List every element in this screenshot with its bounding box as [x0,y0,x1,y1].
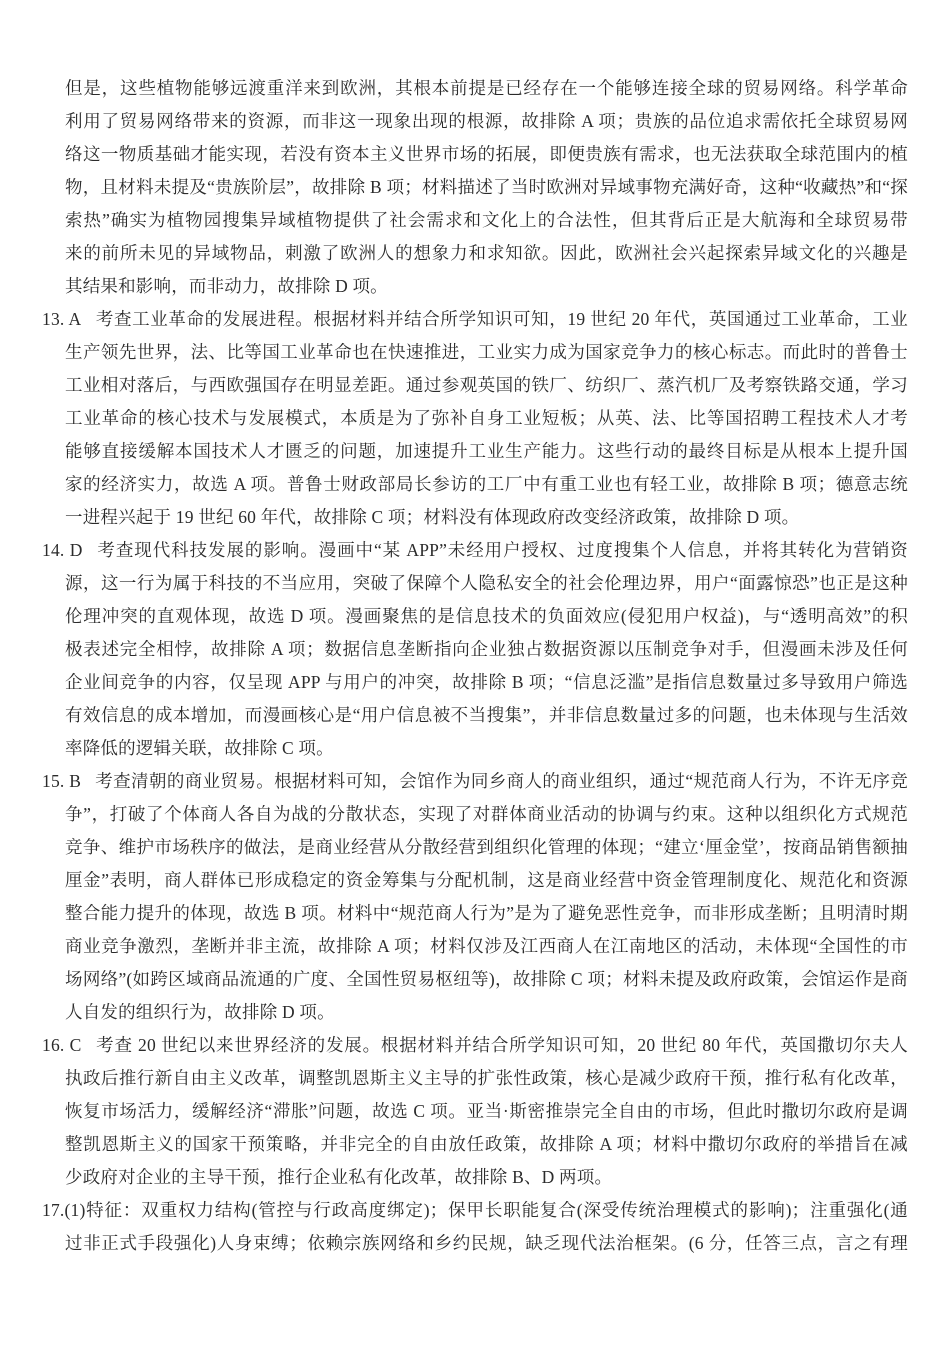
text-line: 13. A考查工业革命的发展进程。根据材料并结合所学知识可知，19 世纪 20 … [42,303,908,336]
text-line: 15. B考查清朝的商业贸易。根据材料可知，会馆作为同乡商人的商业组织，通过“规… [42,765,908,798]
text-line: 人自发的组织行为，故排除 D 项。 [65,996,908,1029]
document-page: 但是，这些植物能够远渡重洋来到欧洲，其根本前提是已经存在一个能够连接全球的贸易网… [0,0,950,1350]
text-line: 能够直接缓解本国技术人才匮乏的问题，加速提升工业生产能力。这些行动的最终目标是从… [65,435,908,468]
text-line: 争”，打破了个体商人各自为战的分散状态，实现了对群体商业活动的协调与约束。这种以… [65,798,908,831]
item-number: 15. B [42,771,81,791]
text-line: 物，且材料未提及“贵族阶层”，故排除 B 项；材料描述了当时欧洲对异域事物充满好… [65,171,908,204]
text-line: 但是，这些植物能够远渡重洋来到欧洲，其根本前提是已经存在一个能够连接全球的贸易网… [65,72,908,105]
text-line: 场网络”(如跨区域商品流通的广度、全国性贸易枢纽等)，故排除 C 项；材料未提及… [65,963,908,996]
text-line: 17.(1)特征：双重权力结构(管控与行政高度绑定)；保甲长职能复合(深受传统治… [42,1194,908,1227]
text-line: 伦理冲突的直观体现，故选 D 项。漫画聚焦的是信息技术的负面效应(侵犯用户权益)… [65,600,908,633]
text-line: 家的经济实力，故选 A 项。普鲁士财政部局长参访的工厂中有重工业也有轻工业，故排… [65,468,908,501]
text-line: 恢复市场活力，缓解经济“滞胀”问题，故选 C 项。亚当·斯密推崇完全自由的市场，… [65,1095,908,1128]
answer-item-14: 14. D考查现代科技发展的影响。漫画中“某 APP”未经用户授权、过度搜集个人… [42,534,908,765]
text-line: 厘金”表明，商人群体已形成稳定的资金筹集与分配机制，这是商业经营中资金管理制度化… [65,864,908,897]
line-text: 考查 20 世纪以来世界经济的发展。根据材料并结合所学知识可知，20 世纪 80… [96,1035,908,1055]
text-line: 整合能力提升的体现，故选 B 项。材料中“规范商人行为”是为了避免恶性竞争，而非… [65,897,908,930]
item-number: 13. A [42,309,81,329]
text-line: 一进程兴起于 19 世纪 60 年代，故排除 C 项；材料没有体现政府改变经济政… [65,501,908,534]
text-line: 极表述完全相悖，故排除 A 项；数据信息垄断指向企业独占数据资源以压制竞争对手，… [65,633,908,666]
text-line: 过非正式手段强化)人身束缚；依赖宗族网络和乡约民规，缺乏现代法治框架。(6 分，… [65,1227,908,1260]
text-line: 来的前所未见的异域物品，刺激了欧洲人的想象力和求知欲。因此，欧洲社会兴起探索异域… [65,237,908,270]
answer-item-17: 17.(1)特征：双重权力结构(管控与行政高度绑定)；保甲长职能复合(深受传统治… [42,1194,908,1260]
item-number: 16. C [42,1035,82,1055]
text-line: 企业间竞争的内容，仅呈现 APP 与用户的冲突，故排除 B 项；“信息泛滥”是指… [65,666,908,699]
item-number: 17. [42,1200,64,1220]
text-line: 利用了贸易网络带来的资源，而非这一现象出现的根源，故排除 A 项；贵族的品位追求… [65,105,908,138]
text-line: 工业相对落后，与西欧强国存在明显差距。通过参观英国的铁厂、纺织厂、蒸汽机厂及考察… [65,369,908,402]
text-line: 生产领先世界，法、比等国工业革命也在快速推进，工业实力成为国家竞争力的核心标志。… [65,336,908,369]
text-line: 执政后推行新自由主义改革，调整凯恩斯主义主导的扩张性政策，核心是减少政府干预，推… [65,1062,908,1095]
item-number: 14. D [42,540,83,560]
text-line: 16. C考查 20 世纪以来世界经济的发展。根据材料并结合所学知识可知，20 … [42,1029,908,1062]
line-text: (1)特征：双重权力结构(管控与行政高度绑定)；保甲长职能复合(深受传统治理模式… [64,1200,908,1220]
text-line: 竞争、维护市场秩序的做法，是商业经营从分散经营到组织化管理的体现；“建立‘厘金堂… [65,831,908,864]
line-text: 考查清朝的商业贸易。根据材料可知，会馆作为同乡商人的商业组织，通过“规范商人行为… [95,771,908,791]
text-line: 索热”确实为植物园搜集异域植物提供了社会需求和文化上的合法性，但其背后正是大航海… [65,204,908,237]
text-line: 整凯恩斯主义的国家干预策略，并非完全的自由放任政策，故排除 A 项；材料中撒切尔… [65,1128,908,1161]
text-line: 14. D考查现代科技发展的影响。漫画中“某 APP”未经用户授权、过度搜集个人… [42,534,908,567]
text-line: 率降低的逻辑关联，故排除 C 项。 [65,732,908,765]
answer-item-16: 16. C考查 20 世纪以来世界经济的发展。根据材料并结合所学知识可知，20 … [42,1029,908,1194]
answer-item-13: 13. A考查工业革命的发展进程。根据材料并结合所学知识可知，19 世纪 20 … [42,303,908,534]
text-line: 工业革命的核心技术与发展模式，本质是为了弥补自身工业短板；从英、法、比等国招聘工… [65,402,908,435]
text-line: 其结果和影响，而非动力，故排除 D 项。 [65,270,908,303]
text-line: 源，这一行为属于科技的不当应用，突破了保障个人隐私安全的社会伦理边界，用户“面露… [65,567,908,600]
text-line: 络这一物质基础才能实现，若没有资本主义世界市场的拓展，即便贵族有需求，也无法获取… [65,138,908,171]
answer-12-explanation-continued: 但是，这些植物能够远渡重洋来到欧洲，其根本前提是已经存在一个能够连接全球的贸易网… [42,72,908,303]
answer-item-15: 15. B考查清朝的商业贸易。根据材料可知，会馆作为同乡商人的商业组织，通过“规… [42,765,908,1029]
text-line: 少政府对企业的主导干预，推行企业私有化改革，故排除 B、D 两项。 [65,1161,908,1194]
text-line: 有效信息的成本增加，而漫画核心是“用户信息被不当搜集”，并非信息数量过多的问题，… [65,699,908,732]
line-text: 考查现代科技发展的影响。漫画中“某 APP”未经用户授权、过度搜集个人信息，并将… [97,540,908,560]
text-line: 商业竞争激烈，垄断并非主流，故排除 A 项；材料仅涉及江西商人在江南地区的活动，… [65,930,908,963]
line-text: 考查工业革命的发展进程。根据材料并结合所学知识可知，19 世纪 20 年代，英国… [95,309,908,329]
